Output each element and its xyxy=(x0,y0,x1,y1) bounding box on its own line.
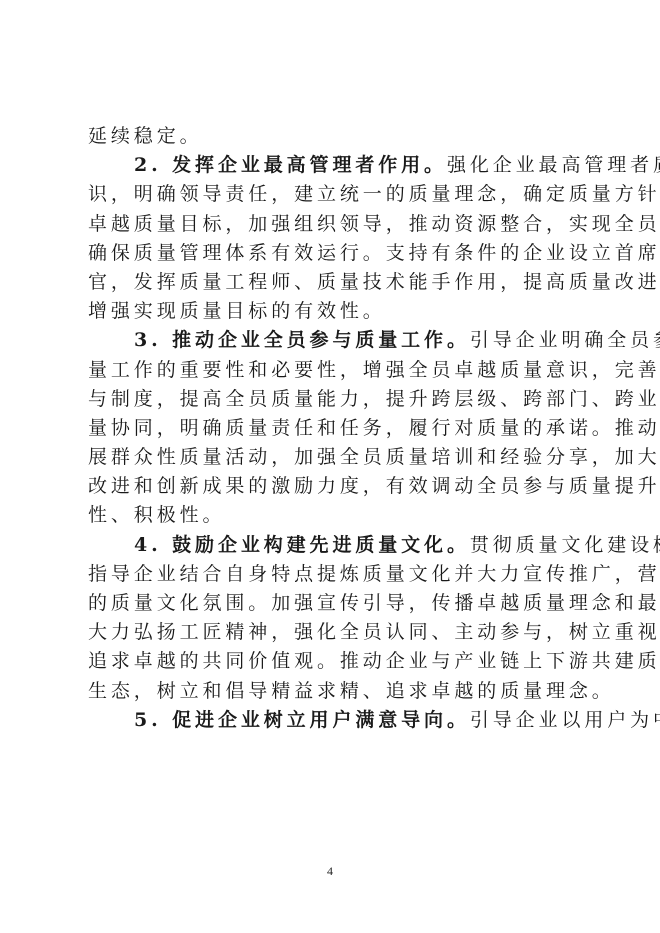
body-line: 识，明确领导责任，建立统一的质量理念，确定质量方针，制定 xyxy=(88,180,580,209)
body-line: 大力弘扬工匠精神，强化全员认同、主动参与，树立重视质量、 xyxy=(88,618,580,647)
body-line: 指导企业结合自身特点提炼质量文化并大力宣传推广，营造浓厚 xyxy=(88,560,580,589)
body-line: 生态，树立和倡导精益求精、追求卓越的质量理念。 xyxy=(88,677,580,706)
body-line: 量工作的重要性和必要性，增强全员卓越质量意识，完善全员参 xyxy=(88,356,580,385)
section-2-heading: 2. 发挥企业最高管理者作用。 xyxy=(134,154,447,176)
page-number: 4 xyxy=(0,864,660,879)
body-line: 卓越质量目标，加强组织领导，推动资源整合，实现全员参与， xyxy=(88,210,580,239)
section-4-heading: 4. 鼓励企业构建先进质量文化。 xyxy=(134,534,470,556)
body-line: 的质量文化氛围。加强宣传引导，传播卓越质量理念和最佳实践， xyxy=(88,589,580,618)
section-3-first-line: 3. 推动企业全员参与质量工作。引导企业明确全员参与质 xyxy=(88,326,580,355)
body-line: 增强实现质量目标的有效性。 xyxy=(88,297,580,326)
body-line: 确保质量管理体系有效运行。支持有条件的企业设立首席质量 xyxy=(88,239,580,268)
section-5-text: 引导企业以用户为中心， xyxy=(470,709,660,731)
section-4-first-line: 4. 鼓励企业构建先进质量文化。贯彻质量文化建设标准， xyxy=(88,531,580,560)
section-5-first-line: 5. 促进企业树立用户满意导向。引导企业以用户为中心， xyxy=(88,706,580,735)
section-3-heading: 3. 推动企业全员参与质量工作。 xyxy=(134,329,470,351)
section-2-text: 强化企业最高管理者质量意 xyxy=(447,154,660,176)
body-line: 官，发挥质量工程师、质量技术能手作用，提高质量改进效率， xyxy=(88,268,580,297)
body-line: 性、积极性。 xyxy=(88,501,580,530)
body-line: 量协同，明确质量责任和任务，履行对质量的承诺。推动企业开 xyxy=(88,414,580,443)
body-line: 追求卓越的共同价值观。推动企业与产业链上下游共建质量文化 xyxy=(88,647,580,676)
body-line: 展群众性质量活动，加强全员质量培训和经验分享，加大对质量 xyxy=(88,443,580,472)
section-3-text: 引导企业明确全员参与质 xyxy=(470,329,660,351)
section-2-first-line: 2. 发挥企业最高管理者作用。强化企业最高管理者质量意 xyxy=(88,151,580,180)
document-page: 延续稳定。 2. 发挥企业最高管理者作用。强化企业最高管理者质量意 识，明确领导… xyxy=(88,122,580,735)
section-5-heading: 5. 促进企业树立用户满意导向。 xyxy=(134,709,470,731)
body-line: 改进和创新成果的激励力度，有效调动全员参与质量提升的主动 xyxy=(88,472,580,501)
section-4-text: 贯彻质量文化建设标准， xyxy=(470,534,660,556)
body-line: 与制度，提高全员质量能力，提升跨层级、跨部门、跨业务的质 xyxy=(88,385,580,414)
paragraph-continuation: 延续稳定。 xyxy=(88,122,580,151)
